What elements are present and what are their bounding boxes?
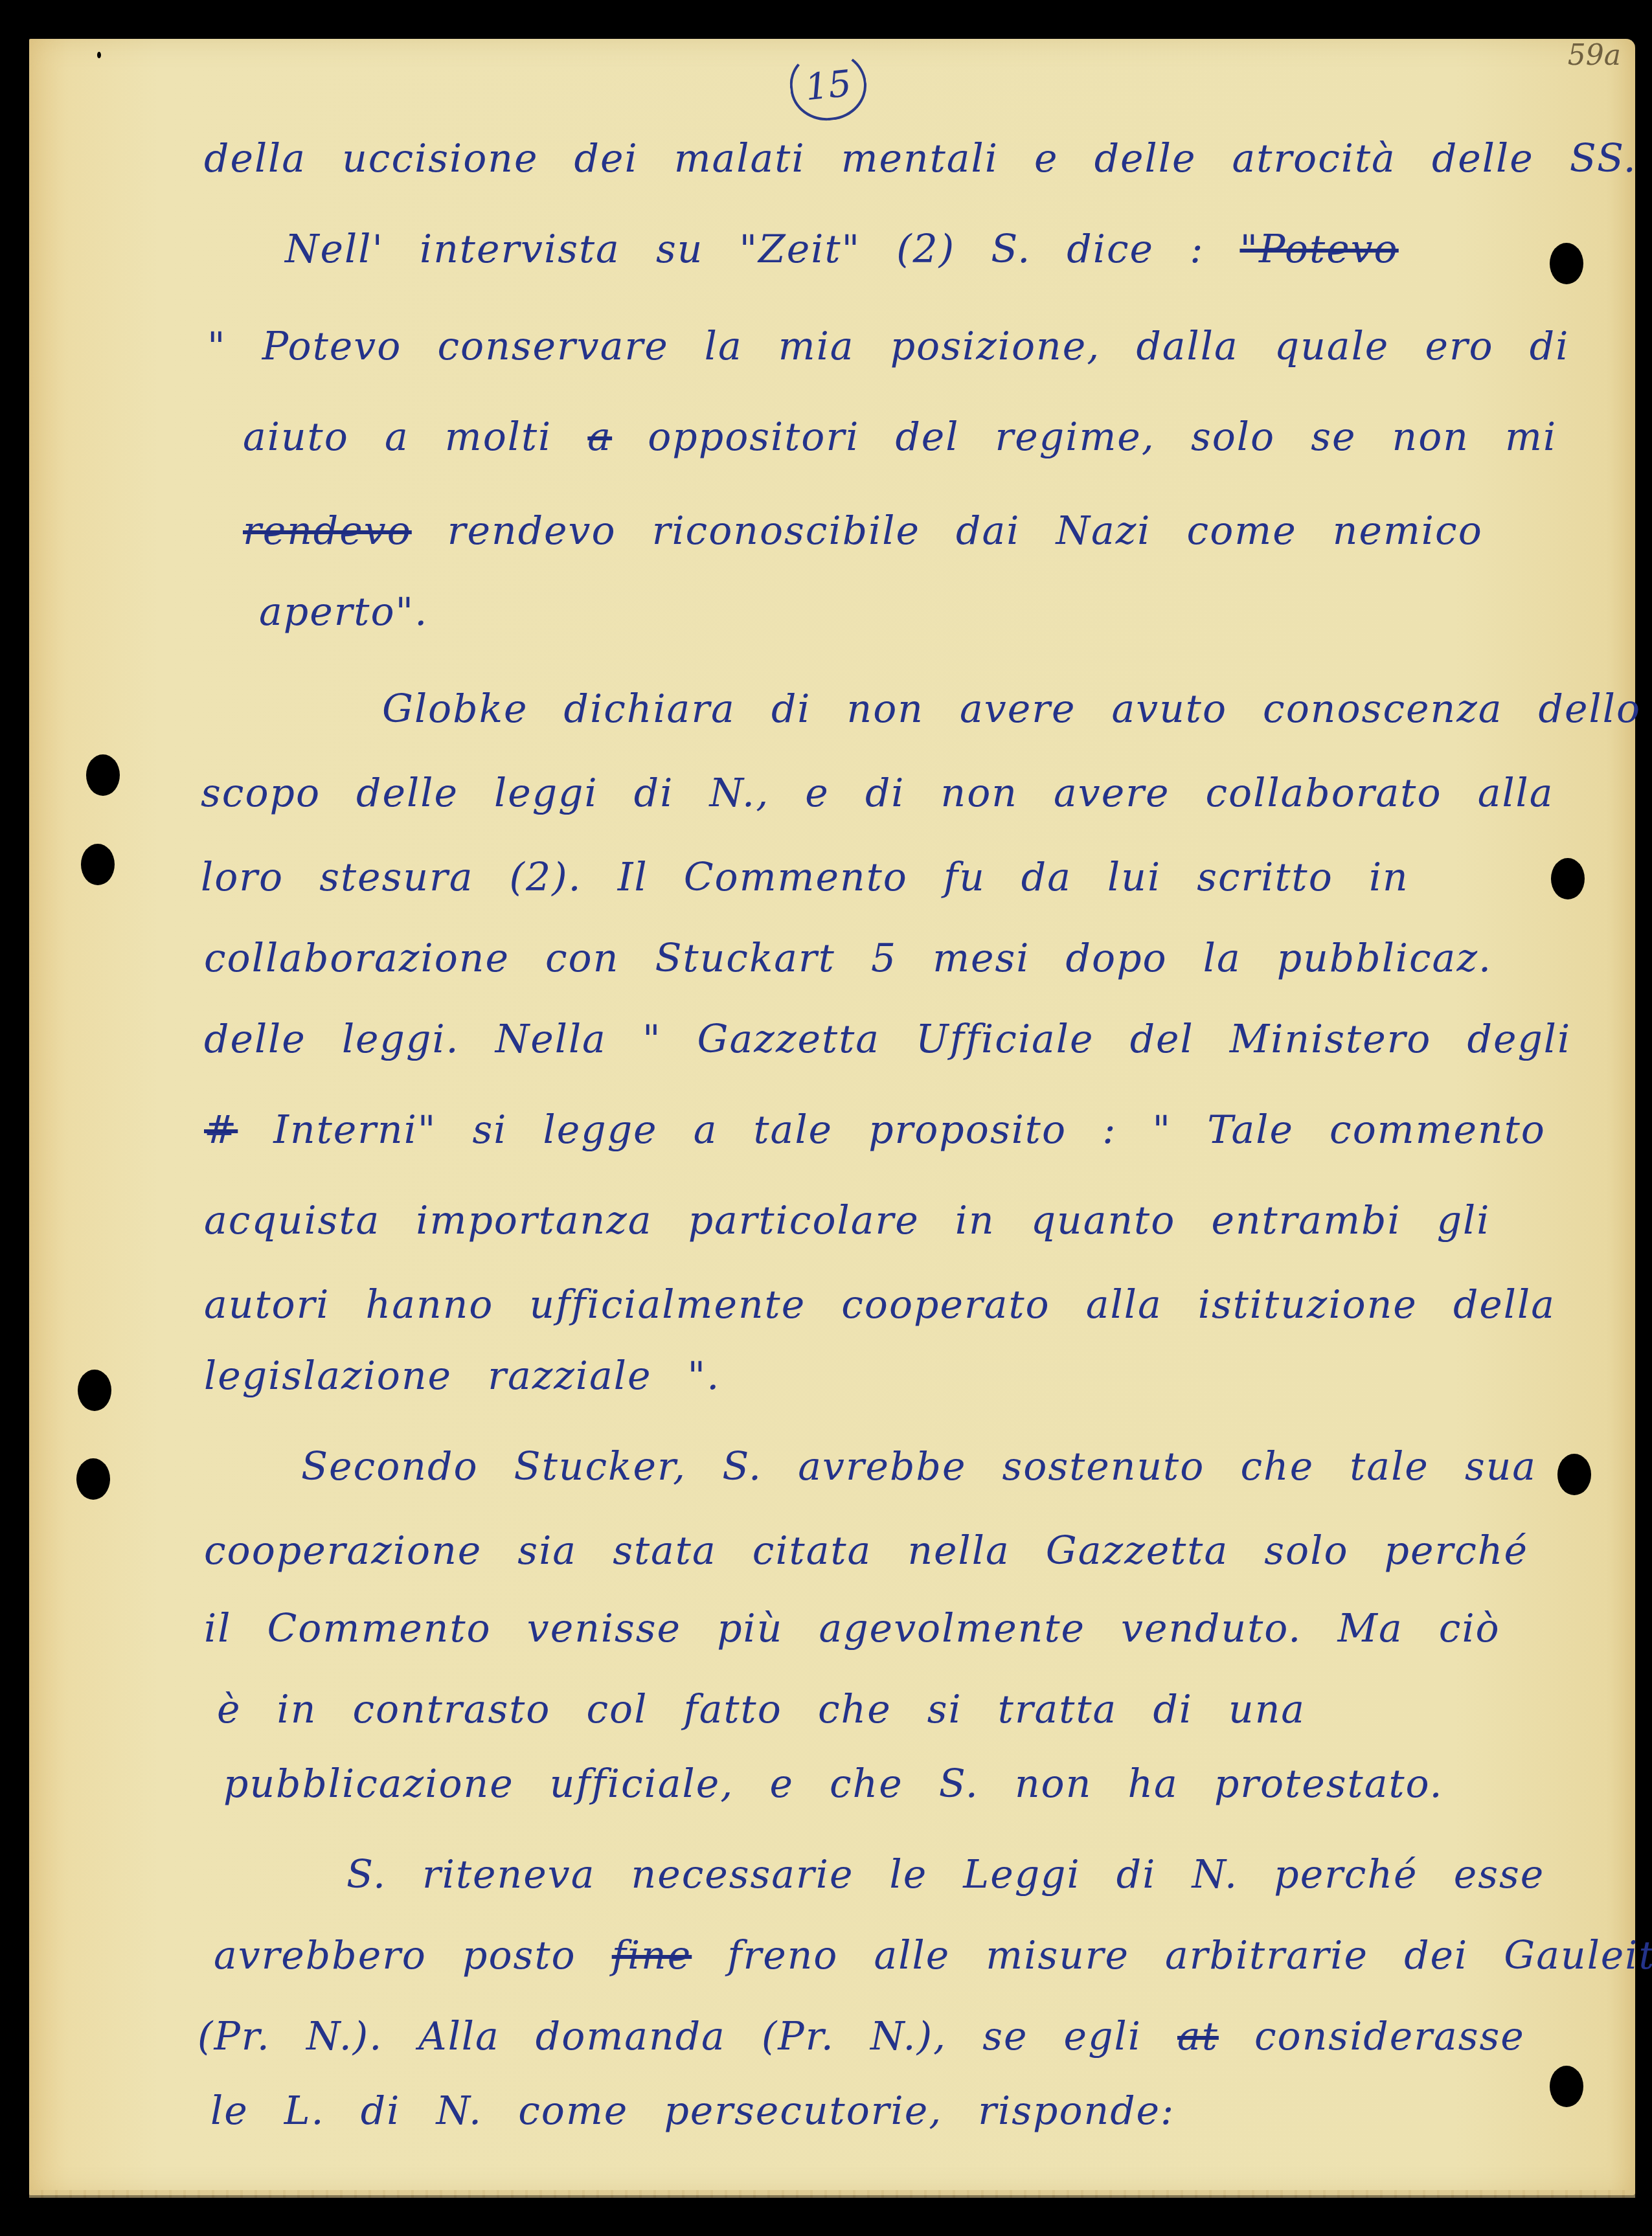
text-line-15: legislazione razziale ".	[204, 1353, 720, 1399]
line-text: Interni" si legge a tale proposito : " T…	[273, 1107, 1546, 1153]
line-text: delle leggi. Nella " Gazzetta Ufficiale …	[204, 1017, 1571, 1062]
line-text: cooperazione sia stata citata nella Gazz…	[204, 1528, 1528, 1574]
text-line-19: è in contrasto col fatto che si tratta d…	[217, 1687, 1306, 1732]
line-text: avrebbero posto	[214, 1933, 576, 1978]
text-line-5: rendevo rendevo riconoscibile dai Nazi c…	[243, 508, 1483, 554]
manuscript-page: 15 59a della uccisione dei malati mental…	[29, 39, 1635, 2195]
text-line-22: avrebbero posto fine freno alle misure a…	[214, 1933, 1652, 1978]
line-text: collaborazione con Stuckart 5 mesi dopo …	[204, 936, 1492, 981]
struck-word: a	[587, 414, 612, 460]
punch-hole-left-1	[86, 754, 120, 796]
text-line-24: le L. di N. come persecutorie, risponde:	[210, 2088, 1175, 2134]
text-line-23: (Pr. N.). Alla domanda (Pr. N.), se egli…	[198, 2014, 1525, 2059]
line-text-continued: freno alle misure arbitrarie dei Gauleit…	[727, 1933, 1652, 1978]
punch-hole-left-4	[76, 1458, 110, 1500]
line-text: loro stesura (2). Il Commento fu da lui …	[201, 855, 1409, 900]
torn-bottom-edge	[29, 2190, 1635, 2198]
text-line-8: scopo delle leggi di N., e di non avere …	[201, 771, 1554, 816]
text-line-7: Globke dichiara di non avere avuto conos…	[382, 686, 1641, 732]
line-text: Globke dichiara di non avere avuto conos…	[382, 686, 1641, 732]
text-line-20: pubblicazione ufficiale, e che S. non ha…	[223, 1761, 1443, 1807]
text-line-4: aiuto a molti a oppositori del regime, s…	[243, 414, 1557, 460]
text-line-6: aperto".	[259, 589, 428, 635]
text-line-3: " Potevo conservare la mia posizione, da…	[207, 324, 1569, 369]
struck-word: fine	[612, 1933, 692, 1978]
line-text-continued: considerasse	[1254, 2014, 1525, 2059]
line-text: S. riteneva necessarie le Leggi di N. pe…	[346, 1852, 1545, 1897]
punch-hole-left-2	[81, 844, 115, 885]
speck-mark	[97, 52, 101, 58]
text-line-1: della uccisione dei malati mentali e del…	[204, 136, 1637, 181]
text-line-2: Nell' intervista su "Zeit" (2) S. dice :…	[285, 227, 1399, 272]
text-line-18: il Commento venisse più agevolmente vend…	[204, 1606, 1500, 1651]
punch-hole-left-3	[78, 1370, 111, 1411]
line-text: Nell' intervista su "Zeit" (2) S. dice :	[285, 227, 1204, 272]
text-line-10: collaborazione con Stuckart 5 mesi dopo …	[204, 936, 1492, 981]
punch-hole-right-4	[1550, 2066, 1583, 2107]
punch-hole-right-1	[1550, 243, 1583, 284]
struck-word: #	[204, 1107, 238, 1153]
text-line-13: acquista importanza particolare in quant…	[204, 1198, 1491, 1243]
line-text: acquista importanza particolare in quant…	[204, 1198, 1491, 1243]
text-line-16: Secondo Stucker, S. avrebbe sostenuto ch…	[301, 1444, 1537, 1489]
punch-hole-right-2	[1551, 858, 1585, 899]
text-line-9: loro stesura (2). Il Commento fu da lui …	[201, 855, 1409, 900]
line-text: autori hanno ufficialmente cooperato all…	[204, 1282, 1556, 1327]
line-text: Secondo Stucker, S. avrebbe sostenuto ch…	[301, 1444, 1537, 1489]
line-text: aperto".	[259, 589, 428, 635]
line-text: il Commento venisse più agevolmente vend…	[204, 1606, 1500, 1651]
line-text: della uccisione dei malati mentali e del…	[204, 136, 1637, 181]
text-line-17: cooperazione sia stata citata nella Gazz…	[204, 1528, 1528, 1574]
text-line-21: S. riteneva necessarie le Leggi di N. pe…	[346, 1852, 1545, 1897]
line-text: è in contrasto col fatto che si tratta d…	[217, 1687, 1306, 1732]
line-text: (Pr. N.). Alla domanda (Pr. N.), se egli	[198, 2014, 1142, 2059]
text-line-11: delle leggi. Nella " Gazzetta Ufficiale …	[204, 1017, 1571, 1062]
line-text: scopo delle leggi di N., e di non avere …	[201, 771, 1554, 816]
struck-word: "Potevo	[1239, 227, 1398, 272]
line-text: pubblicazione ufficiale, e che S. non ha…	[223, 1761, 1443, 1807]
line-text: aiuto a molti	[243, 414, 552, 460]
text-line-12: # Interni" si legge a tale proposito : "…	[204, 1107, 1546, 1153]
line-text-continued: oppositori del regime, solo se non mi	[648, 414, 1557, 460]
text-line-14: autori hanno ufficialmente cooperato all…	[204, 1282, 1556, 1327]
line-text: legislazione razziale ".	[204, 1353, 720, 1399]
line-text: rendevo riconoscibile dai Nazi come nemi…	[447, 508, 1483, 554]
struck-word: rendevo	[243, 508, 412, 554]
line-text: le L. di N. come persecutorie, risponde:	[210, 2088, 1175, 2134]
handwritten-text-body: della uccisione dei malati mentali e del…	[29, 39, 1635, 2195]
punch-hole-right-3	[1557, 1454, 1591, 1495]
struck-word: at	[1177, 2014, 1219, 2059]
line-text: " Potevo conservare la mia posizione, da…	[207, 324, 1569, 369]
